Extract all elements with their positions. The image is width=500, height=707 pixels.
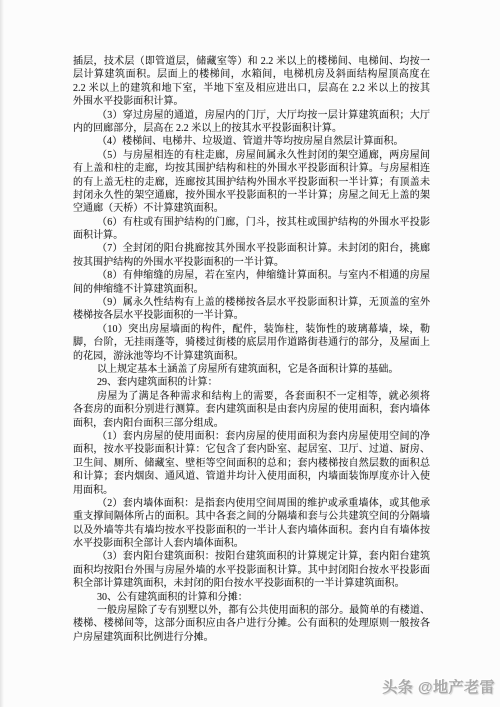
text-line: 2.2 米以上的建筑和地下室，半地下室及相应进出口，层高在 2.2 米以上的按其 [73, 82, 430, 95]
text-line: 用面积。 [73, 484, 430, 497]
text-line: 内的回廊部分，层高在 2.2 米以上的按其水平投影面积计算。 [73, 122, 430, 135]
text-line: 脚，台阶，无挂雨蓬等，骑楼过街楼的底层用作道路街巷通行的部分，及屋面上 [73, 336, 430, 349]
scan-edge-artifact [0, 0, 4, 707]
text-line: 各套房的面积分别进行测算。套内建筑面积是由套内房屋的使用面积，套内墙体 [73, 403, 430, 416]
text-line: 房屋为了满足各种需求和结构上的需要，各套面积不一定相等，就必须将 [73, 390, 430, 403]
text-line: （7）全封闭的阳台挑廊按其外围水平投影面积计算。未封闭的阳台，挑廊 [73, 242, 430, 255]
text-line: （9）属永久性结构有上盖的楼梯按各层水平投影面积计算，无顶盖的室外 [73, 296, 430, 309]
text-line: 30、公有建筑面积的计算和分摊： [73, 591, 430, 604]
text-line: 面积计算。 [73, 229, 430, 242]
text-line: 楼梯按各层水平投影面积的一半计算。 [73, 309, 430, 322]
text-line: 有上盖和柱的走廊，均按其围护结构和柱的外围水平投影面积计算。与房屋相连 [73, 162, 430, 175]
text-line: 卫生间、厕所、储藏室、壁柜等空间面积的总和；套内楼梯按自然层数的面积总 [73, 457, 430, 470]
text-line: 户房屋建筑面积比例进行分摊。 [73, 631, 430, 644]
text-line: 楼梯、楼梯间等，这部分面积应由各户进行分摊。公有面积的处理原则一般按各 [73, 617, 430, 630]
text-line: 水平投影面积全部计人套内墙体面积。 [73, 537, 430, 550]
text-line: 的有上盖无柱的走廊，连廊按其围护结构外围水平投影面积一半计算；有顶盖未 [73, 176, 430, 189]
text-line: 空通廊（天桥）不计算建筑面积。 [73, 202, 430, 215]
document-text: 插层，技术层（即管道层，储藏室等）和 2.2 米以上的楼梯间、电梯间、均按一层计… [73, 55, 430, 644]
text-line: 按其围护结构的外围水平投影面积的一半计算。 [73, 256, 430, 269]
text-line: 面积，套内阳台面积三部分组成。 [73, 417, 430, 430]
text-line: 的花园，游泳池等均不计算建筑面积。 [73, 350, 430, 363]
text-line: 积全部计算建筑面积，未封闭的阳台按水平投影面积的一半计算建筑面积。 [73, 577, 430, 590]
text-line: （10）突出房屋墙面的构件，配件，装饰柱，装饰性的玻璃幕墙，垛，勒 [73, 323, 430, 336]
text-line: 和计算；套内烟囱、通风道、管道井均计入使用面积，内墙面装饰厚度亦计入使 [73, 470, 430, 483]
text-line: 面积，按水平投影面积计算：它包含了套内卧室、起居室、卫厅、过道、厨房、 [73, 443, 430, 456]
text-line: （6）有柱或有围护结构的门廊，门斗，按其柱或围护结构的外围水平投影 [73, 216, 430, 229]
watermark: 头条 @地产老雷 [382, 676, 495, 697]
scanned-document-page: 插层，技术层（即管道层，储藏室等）和 2.2 米以上的楼梯间、电梯间、均按一层计… [0, 0, 500, 707]
text-line: （5）与房屋相连的有柱走廊，房屋间属永久性封闭的架空通廊，两房屋间 [73, 149, 430, 162]
text-line: 插层，技术层（即管道层，储藏室等）和 2.2 米以上的楼梯间、电梯间、均按一 [73, 55, 430, 68]
text-line: 以及外墙等共有墙均按水平投影面积的一半计人套内墙体面积。套内自有墙体按 [73, 524, 430, 537]
text-line: （2）套内墙体面积：是指套内使用空间周围的维护或承重墙体，或其他承 [73, 497, 430, 510]
text-line: 以上规定基本土涵盖了房屋所有建筑面积，它是各面积计算的基础。 [73, 363, 430, 376]
text-line: 间的伸缩缝不计算建筑面积。 [73, 283, 430, 296]
text-line: （1）套内房屋的使用面积：套内房屋的使用面积为套内房屋使用空间的净 [73, 430, 430, 443]
text-line: 层计算建筑面积。层面上的楼梯间，水箱间，电梯机房及斜面结构屋顶高度在 [73, 68, 430, 81]
text-line: 29、套内建筑面积的计算： [73, 376, 430, 389]
text-line: （4）楼梯间、电梯井、垃圾道、管道井等均按房屋自然层计算面积。 [73, 135, 430, 148]
text-line: （3）穿过房屋的通道，房屋内的门厅，大厅均按一层计算建筑面积；大厅 [73, 109, 430, 122]
text-line: （3）套内阳台建筑面积：按阳台建筑面积的计算规定计算，套内阳台建筑 [73, 550, 430, 563]
text-line: 外围水平投影面积计算。 [73, 95, 430, 108]
text-line: （8）有伸缩缝的房屋，若在室内，伸缩缝计算面积。与室内不相通的房屋 [73, 269, 430, 282]
text-line: 封闭永久性的架空通廊，按外围水平投影面积的一半计算；房屋之间无上盖的架 [73, 189, 430, 202]
text-line: 重支撑间隔体所占的面积。其中各套之间的分隔墙和套与公共建筑空间的分隔墙 [73, 510, 430, 523]
text-line: 面积均按阳台外围与房屋外墙的水平投影面积计算。其中封闭阳台按水平投影面 [73, 564, 430, 577]
text-line: 一般房屋除了专有别墅以外，都有公共使用面积的部分。最简单的有楼道、 [73, 604, 430, 617]
